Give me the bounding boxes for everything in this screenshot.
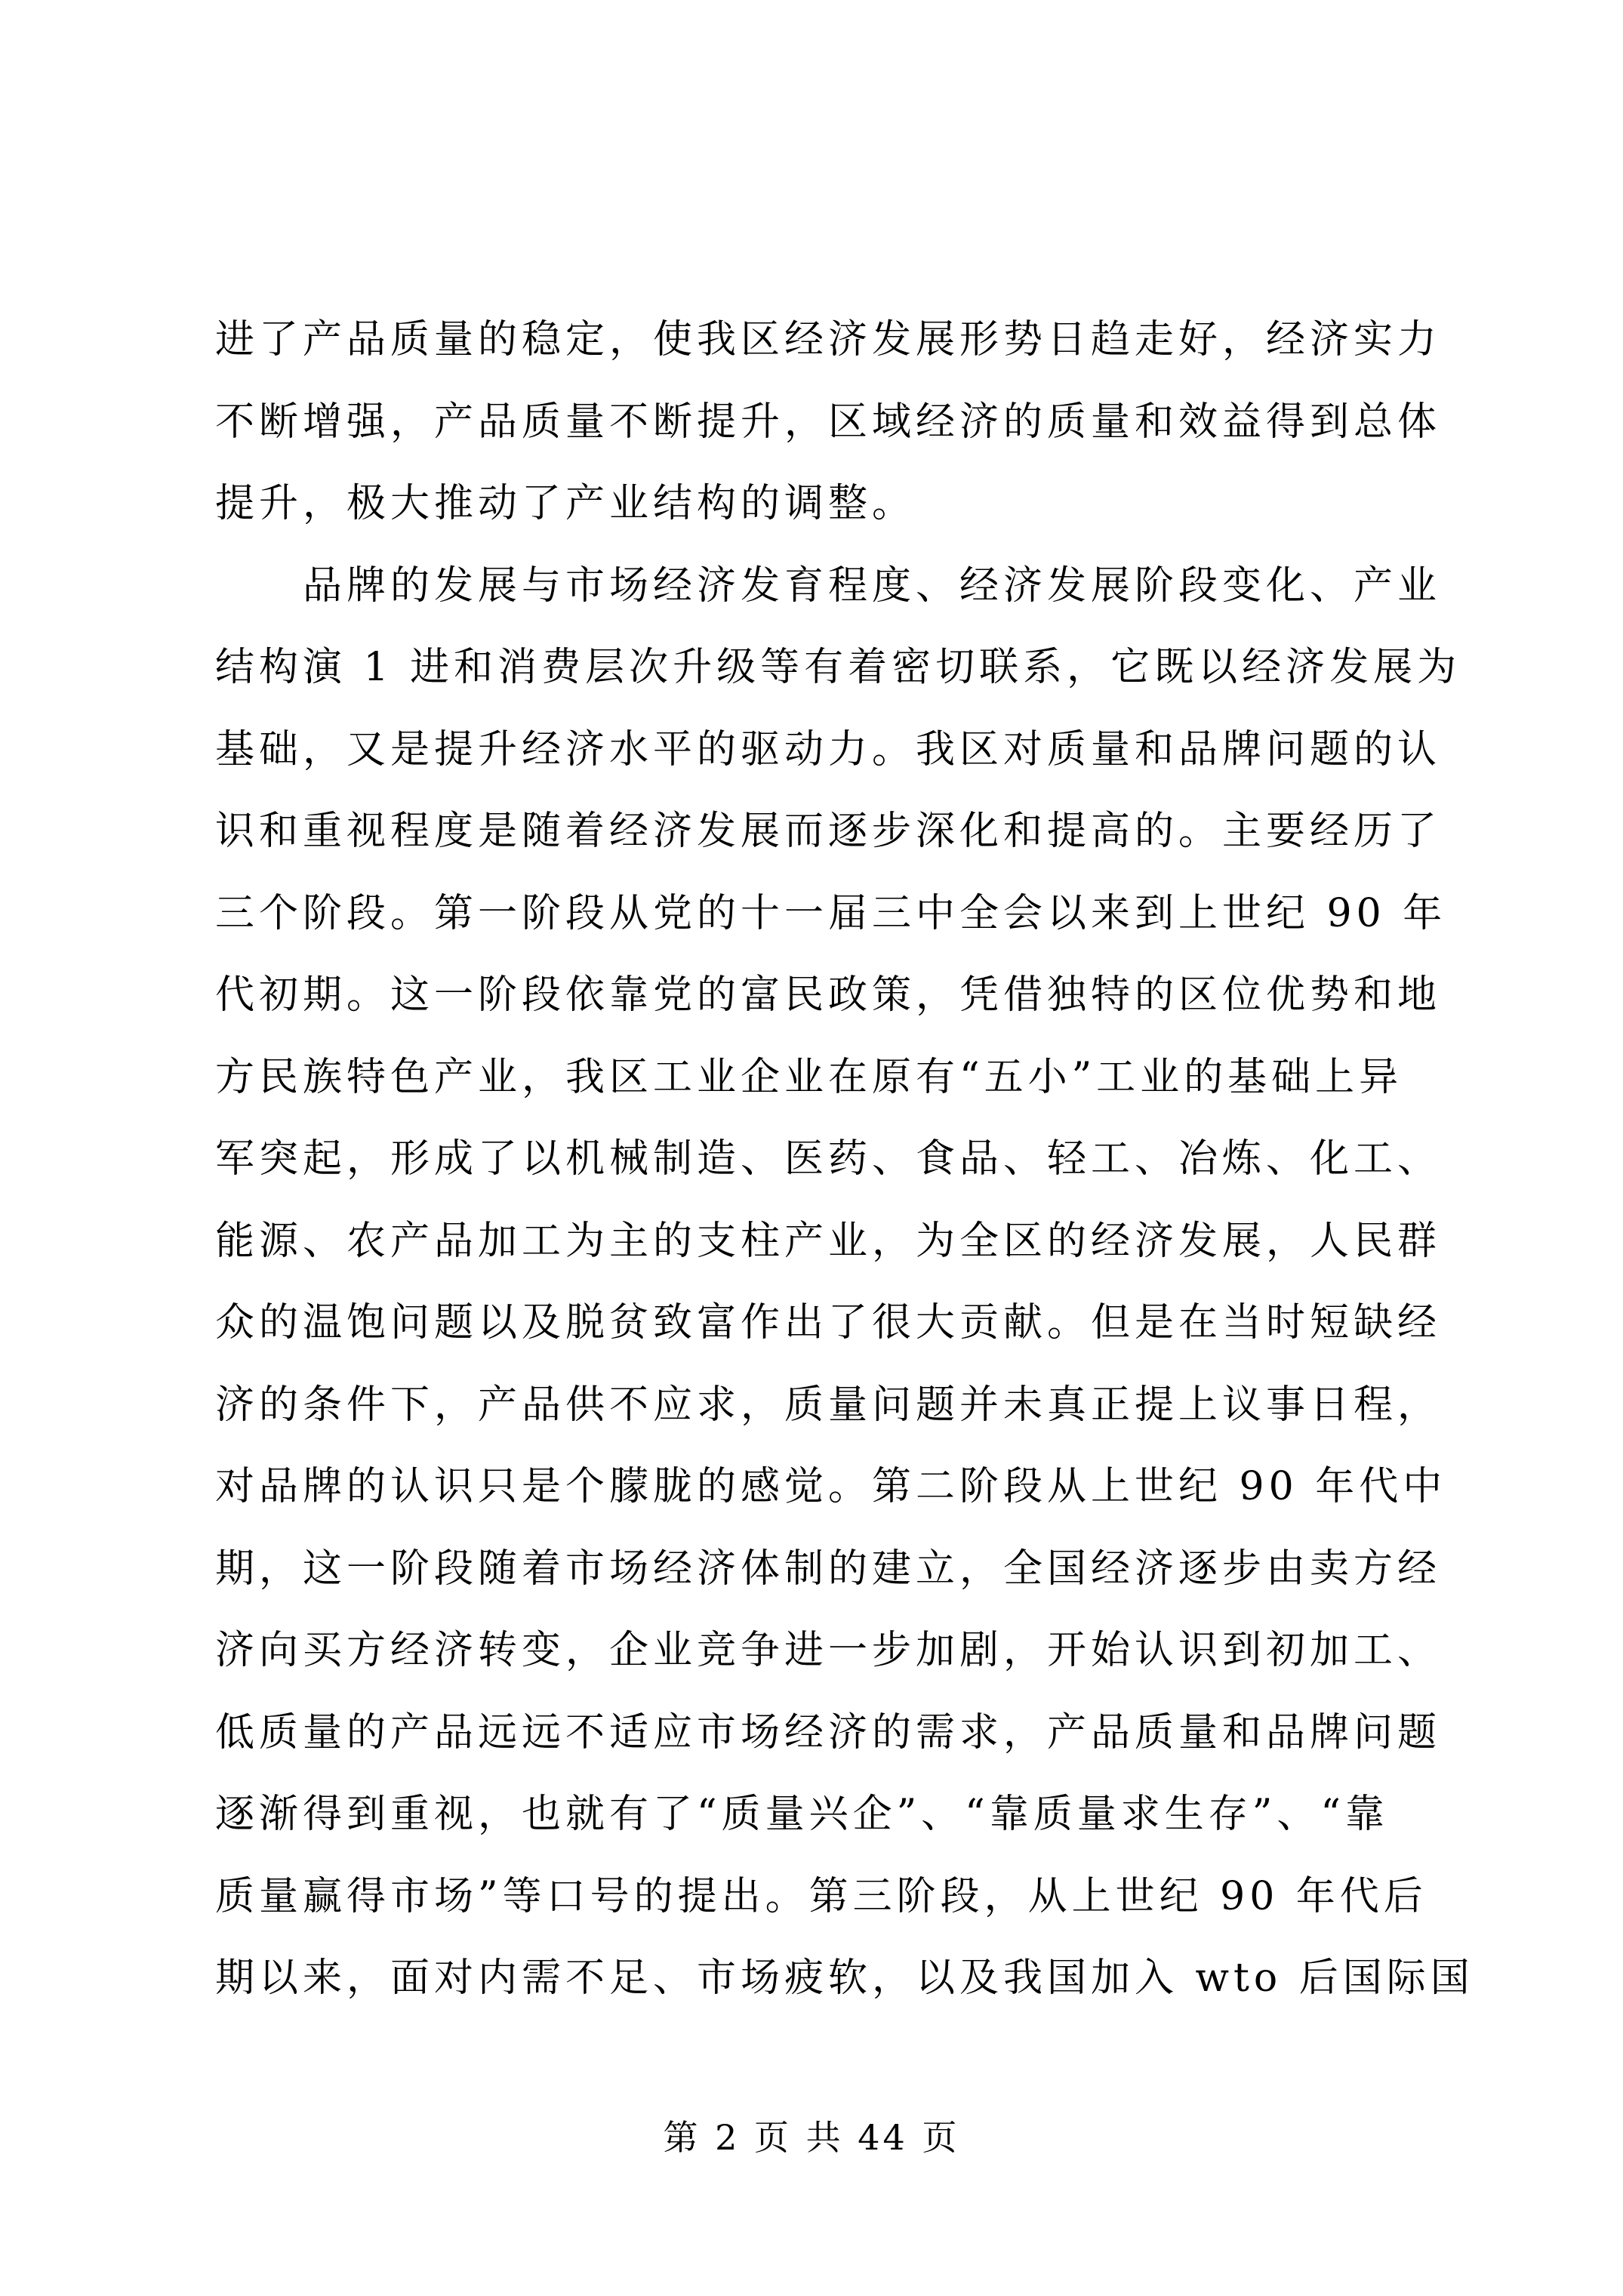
text-line: 基础，又是提升经济水平的驱动力。我区对质量和品牌问题的认 [215, 709, 1468, 791]
text-line: 军突起，形成了以机械制造、医药、食品、轻工、冶炼、化工、 [215, 1118, 1468, 1200]
text-line: 对品牌的认识只是个朦胧的感觉。第二阶段从上世纪 90 年代中 [215, 1446, 1468, 1528]
document-text-block: 进了产品质量的稳定，使我区经济发展形势日趋走好，经济实力 不断增强，产品质量不断… [215, 299, 1468, 2020]
text-line: 不断增强，产品质量不断提升，区域经济的质量和效益得到总体 [215, 381, 1468, 464]
text-line: 代初期。这一阶段依靠党的富民政策，凭借独特的区位优势和地 [215, 954, 1468, 1037]
text-line: 济的条件下，产品供不应求，质量问题并未真正提上议事日程， [215, 1364, 1468, 1447]
text-line: 方民族特色产业，我区工业企业在原有“五小”工业的基础上异 [215, 1037, 1468, 1119]
text-line: 逐渐得到重视，也就有了“质量兴企”、“靠质量求生存”、“靠 [215, 1774, 1468, 1856]
text-line: 质量赢得市场”等口号的提出。第三阶段，从上世纪 90 年代后 [215, 1856, 1468, 1938]
text-line: 结构演 1 进和消费层次升级等有着密切联系，它既以经济发展为 [215, 627, 1468, 709]
text-line: 期，这一阶段随着市场经济体制的建立，全国经济逐步由卖方经 [215, 1528, 1468, 1610]
document-page: 进了产品质量的稳定，使我区经济发展形势日趋走好，经济实力 不断增强，产品质量不断… [0, 0, 1623, 2296]
text-line: 进了产品质量的稳定，使我区经济发展形势日趋走好，经济实力 [215, 299, 1468, 381]
text-line: 能源、农产品加工为主的支柱产业，为全区的经济发展，人民群 [215, 1200, 1468, 1283]
text-line: 识和重视程度是随着经济发展而逐步深化和提高的。主要经历了 [215, 791, 1468, 873]
text-line: 众的温饱问题以及脱贫致富作出了很大贡献。但是在当时短缺经 [215, 1282, 1468, 1364]
text-line-paragraph-start: 品牌的发展与市场经济发育程度、经济发展阶段变化、产业 [215, 545, 1468, 627]
text-line: 三个阶段。第一阶段从党的十一届三中全会以来到上世纪 90 年 [215, 873, 1468, 955]
page-number: 第 2 页 共 44 页 [0, 2110, 1623, 2160]
text-line: 提升，极大推动了产业结构的调整。 [215, 463, 1468, 545]
text-line: 低质量的产品远远不适应市场经济的需求，产品质量和品牌问题 [215, 1692, 1468, 1774]
text-line: 期以来，面对内需不足、市场疲软，以及我国加入 wto 后国际国 [215, 1937, 1468, 2020]
text-line: 济向买方经济转变，企业竞争进一步加剧，开始认识到初加工、 [215, 1610, 1468, 1692]
